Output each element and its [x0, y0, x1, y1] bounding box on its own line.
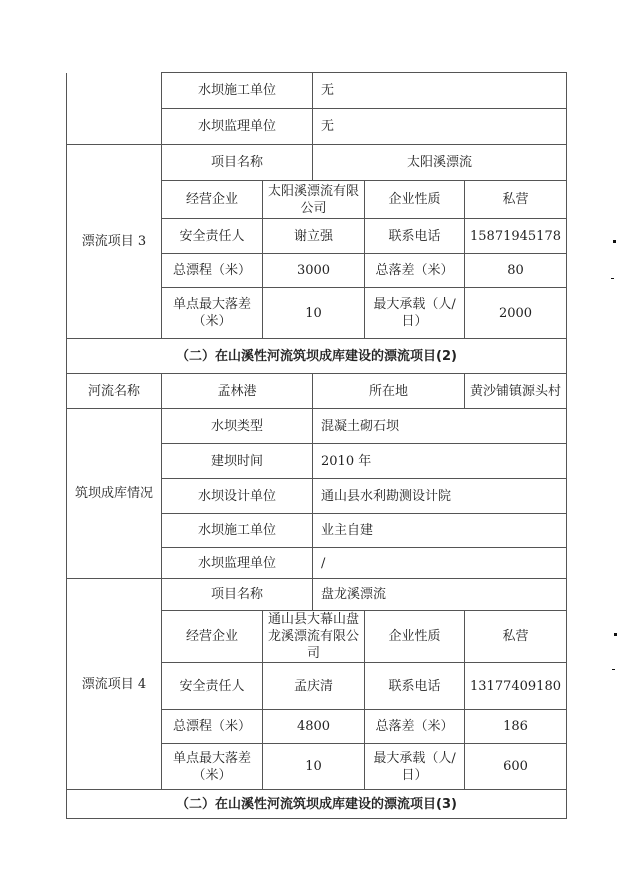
table-row: 水坝施工单位 无 [67, 73, 567, 109]
table-row: 漂流项目 4 项目名称 盘龙溪漂流 [67, 579, 567, 611]
table-row: （二）在山溪性河流筑坝成库建设的漂流项目(2) [67, 339, 567, 374]
field-label: 建坝时间 [162, 444, 313, 479]
field-value: 15871945178 [465, 219, 567, 254]
group-label-project4: 漂流项目 4 [67, 579, 162, 790]
section-heading: （二）在山溪性河流筑坝成库建设的漂流项目(3) [67, 790, 567, 819]
field-label: 总落差（米） [365, 254, 465, 288]
drifting-projects-table: 水坝施工单位 无 水坝监理单位 无 漂流项目 3 项目名称 太阳溪漂流 经营企业… [66, 72, 567, 819]
field-value: 通山县大幕山盘龙溪漂流有限公司 [263, 611, 365, 663]
empty-group-cell [67, 73, 162, 145]
field-label: 安全责任人 [162, 219, 263, 254]
field-value: 谢立强 [263, 219, 365, 254]
section-heading: （二）在山溪性河流筑坝成库建设的漂流项目(2) [67, 339, 567, 374]
field-label: 项目名称 [162, 579, 313, 611]
field-label: 经营企业 [162, 181, 263, 219]
field-label: 水坝施工单位 [162, 73, 313, 109]
field-value: 私营 [465, 611, 567, 663]
field-label: 项目名称 [162, 145, 313, 181]
field-label: 最大承载（人/日） [365, 744, 465, 790]
field-value: 2000 [465, 288, 567, 339]
field-value: 太阳溪漂流有限公司 [263, 181, 365, 219]
field-label: 水坝施工单位 [162, 514, 313, 548]
field-label: 总漂程（米） [162, 254, 263, 288]
field-label: 水坝类型 [162, 409, 313, 444]
field-value: 4800 [263, 710, 365, 744]
field-label: 河流名称 [67, 374, 162, 409]
table-row: （二）在山溪性河流筑坝成库建设的漂流项目(3) [67, 790, 567, 819]
field-value: 10 [263, 288, 365, 339]
field-label: 水坝设计单位 [162, 479, 313, 514]
table-row: 筑坝成库情况 水坝类型 混凝土砌石坝 [67, 409, 567, 444]
field-label: 总漂程（米） [162, 710, 263, 744]
field-value: 无 [313, 109, 567, 145]
field-label: 水坝监理单位 [162, 548, 313, 579]
table-row: 漂流项目 3 项目名称 太阳溪漂流 [67, 145, 567, 181]
field-label: 总落差（米） [365, 710, 465, 744]
scan-dot-mark [614, 633, 617, 636]
scan-dot-mark [613, 240, 616, 243]
scan-dash-mark [611, 278, 614, 279]
field-label: 联系电话 [365, 663, 465, 710]
field-value: 孟林港 [162, 374, 313, 409]
field-label: 企业性质 [365, 611, 465, 663]
field-value: 业主自建 [313, 514, 567, 548]
field-value: 通山县水利勘测设计院 [313, 479, 567, 514]
field-value: 混凝土砌石坝 [313, 409, 567, 444]
field-value: 10 [263, 744, 365, 790]
field-label: 单点最大落差（米） [162, 744, 263, 790]
field-label: 水坝监理单位 [162, 109, 313, 145]
group-label-dam: 筑坝成库情况 [67, 409, 162, 579]
field-value: 盘龙溪漂流 [313, 579, 567, 611]
field-value: 2010 年 [313, 444, 567, 479]
field-value: 600 [465, 744, 567, 790]
table-row: 河流名称 孟林港 所在地 黄沙铺镇源头村 [67, 374, 567, 409]
field-label: 安全责任人 [162, 663, 263, 710]
field-label: 最大承载（人/日） [365, 288, 465, 339]
field-value: 太阳溪漂流 [313, 145, 567, 181]
field-label: 企业性质 [365, 181, 465, 219]
scan-dash-mark [612, 669, 615, 670]
field-label: 单点最大落差（米） [162, 288, 263, 339]
field-value: 3000 [263, 254, 365, 288]
field-value: 13177409180 [465, 663, 567, 710]
field-value: 黄沙铺镇源头村 [465, 374, 567, 409]
field-label: 经营企业 [162, 611, 263, 663]
field-label: 所在地 [313, 374, 465, 409]
group-label-project3: 漂流项目 3 [67, 145, 162, 339]
field-label: 联系电话 [365, 219, 465, 254]
field-value: / [313, 548, 567, 579]
field-value: 无 [313, 73, 567, 109]
field-value: 孟庆清 [263, 663, 365, 710]
field-value: 186 [465, 710, 567, 744]
field-value: 80 [465, 254, 567, 288]
field-value: 私营 [465, 181, 567, 219]
